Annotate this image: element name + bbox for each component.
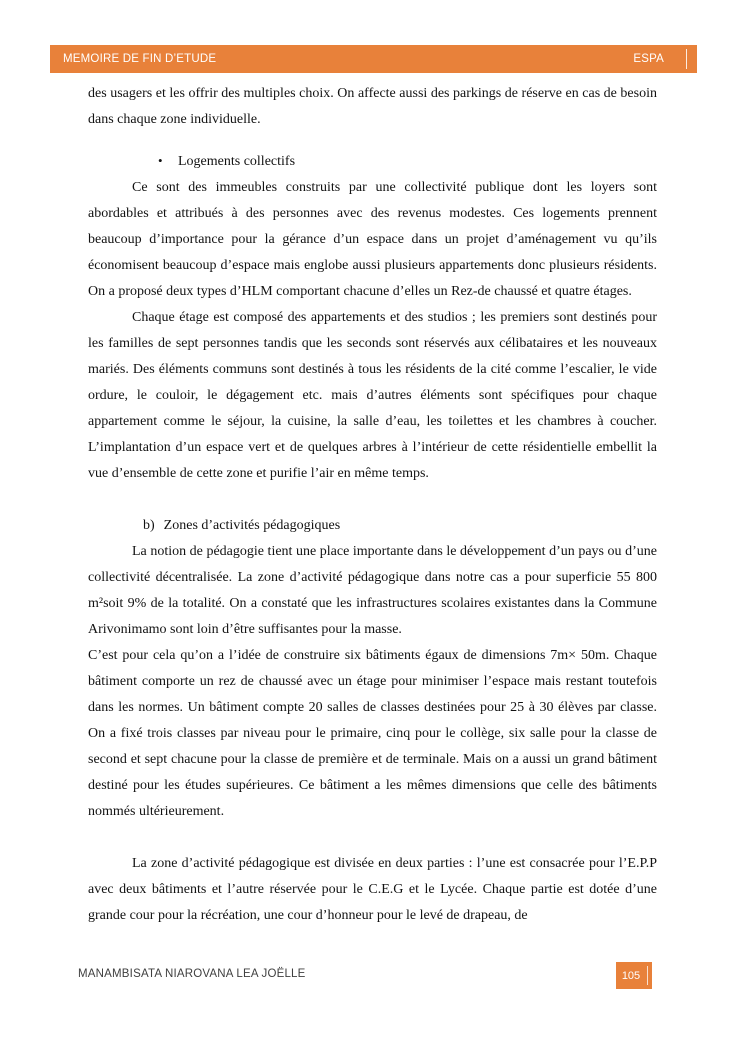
paragraph-batiments: C’est pour cela qu’on a l’idée de constr…: [88, 643, 657, 825]
document-page: MEMOIRE DE FIN D’ETUDE ESPA des usagers …: [0, 0, 745, 1053]
paragraph-zone-divisee: La zone d’activité pédagogique est divis…: [88, 851, 657, 929]
header-divider: [686, 49, 687, 69]
document-body: des usagers et les offrir des multiples …: [88, 81, 657, 929]
paragraph-logements-intro: Ce sont des immeubles construits par une…: [88, 175, 657, 305]
bullet-icon: •: [158, 148, 178, 174]
page-number-divider: [647, 966, 648, 985]
paragraph-parking: des usagers et les offrir des multiples …: [88, 81, 657, 133]
section-heading-b: b) Zones d’activités pédagogiques: [88, 513, 657, 539]
page-number: 105: [622, 970, 640, 982]
header-title: MEMOIRE DE FIN D’ETUDE: [63, 53, 633, 65]
paragraph-pedagogie: La notion de pédagogie tient une place i…: [88, 539, 657, 643]
footer-author-name: MANAMBISATA NIAROVANA LEA JOËLLE: [78, 968, 306, 980]
header-institution-label: ESPA: [633, 53, 664, 65]
paragraph-etages: Chaque étage est composé des appartement…: [88, 305, 657, 487]
page-number-badge: 105: [616, 962, 652, 989]
bullet-list-item: • Logements collectifs: [88, 148, 657, 175]
section-heading-label: Zones d’activités pédagogiques: [164, 513, 341, 539]
section-heading-marker: b): [143, 513, 155, 539]
bullet-item-label: Logements collectifs: [178, 149, 295, 175]
page-header: MEMOIRE DE FIN D’ETUDE ESPA: [50, 45, 697, 73]
